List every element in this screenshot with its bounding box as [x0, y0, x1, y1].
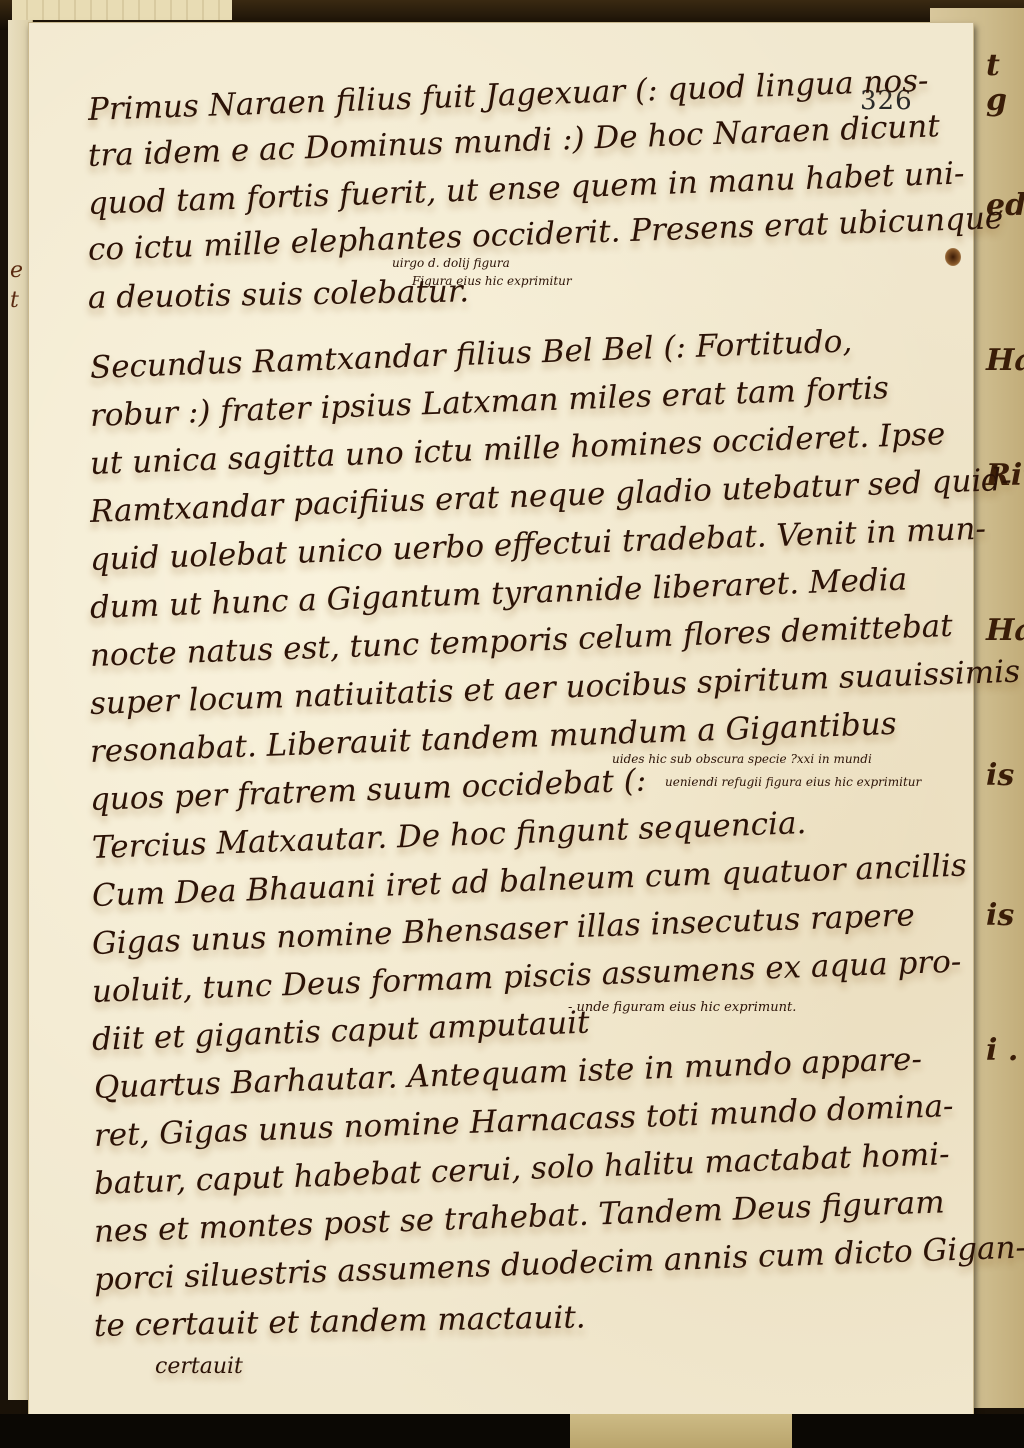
scan-backdrop-bottom	[0, 1414, 1024, 1448]
fragment-text: Ha	[986, 343, 1024, 378]
interlinear-note: uides hic sub obscura specie ?xxi in mun…	[612, 752, 872, 766]
underlying-page-edge	[12, 0, 232, 20]
interlinear-note: - unde figuram eius hic exprimunt.	[568, 1000, 796, 1015]
fragment-text: e	[10, 258, 23, 283]
interlinear-note: Figura eius hic exprimitur	[412, 274, 572, 288]
fragment-text: t	[10, 288, 19, 313]
fragment-text: is	[986, 898, 1014, 933]
interlinear-note: ueniendi refugii figura eius hic exprimi…	[665, 775, 921, 789]
fragment-text: Ha	[986, 613, 1024, 648]
fragment-text: i .	[986, 1033, 1018, 1068]
fragment-text: t g	[986, 48, 1024, 118]
ink-stain	[945, 248, 961, 266]
fragment-text: is	[986, 758, 1014, 793]
correction-text: certauit	[155, 1354, 243, 1379]
interlinear-note: uirgo d. dolij figura	[392, 256, 510, 270]
underlying-page-tab	[570, 1414, 792, 1448]
